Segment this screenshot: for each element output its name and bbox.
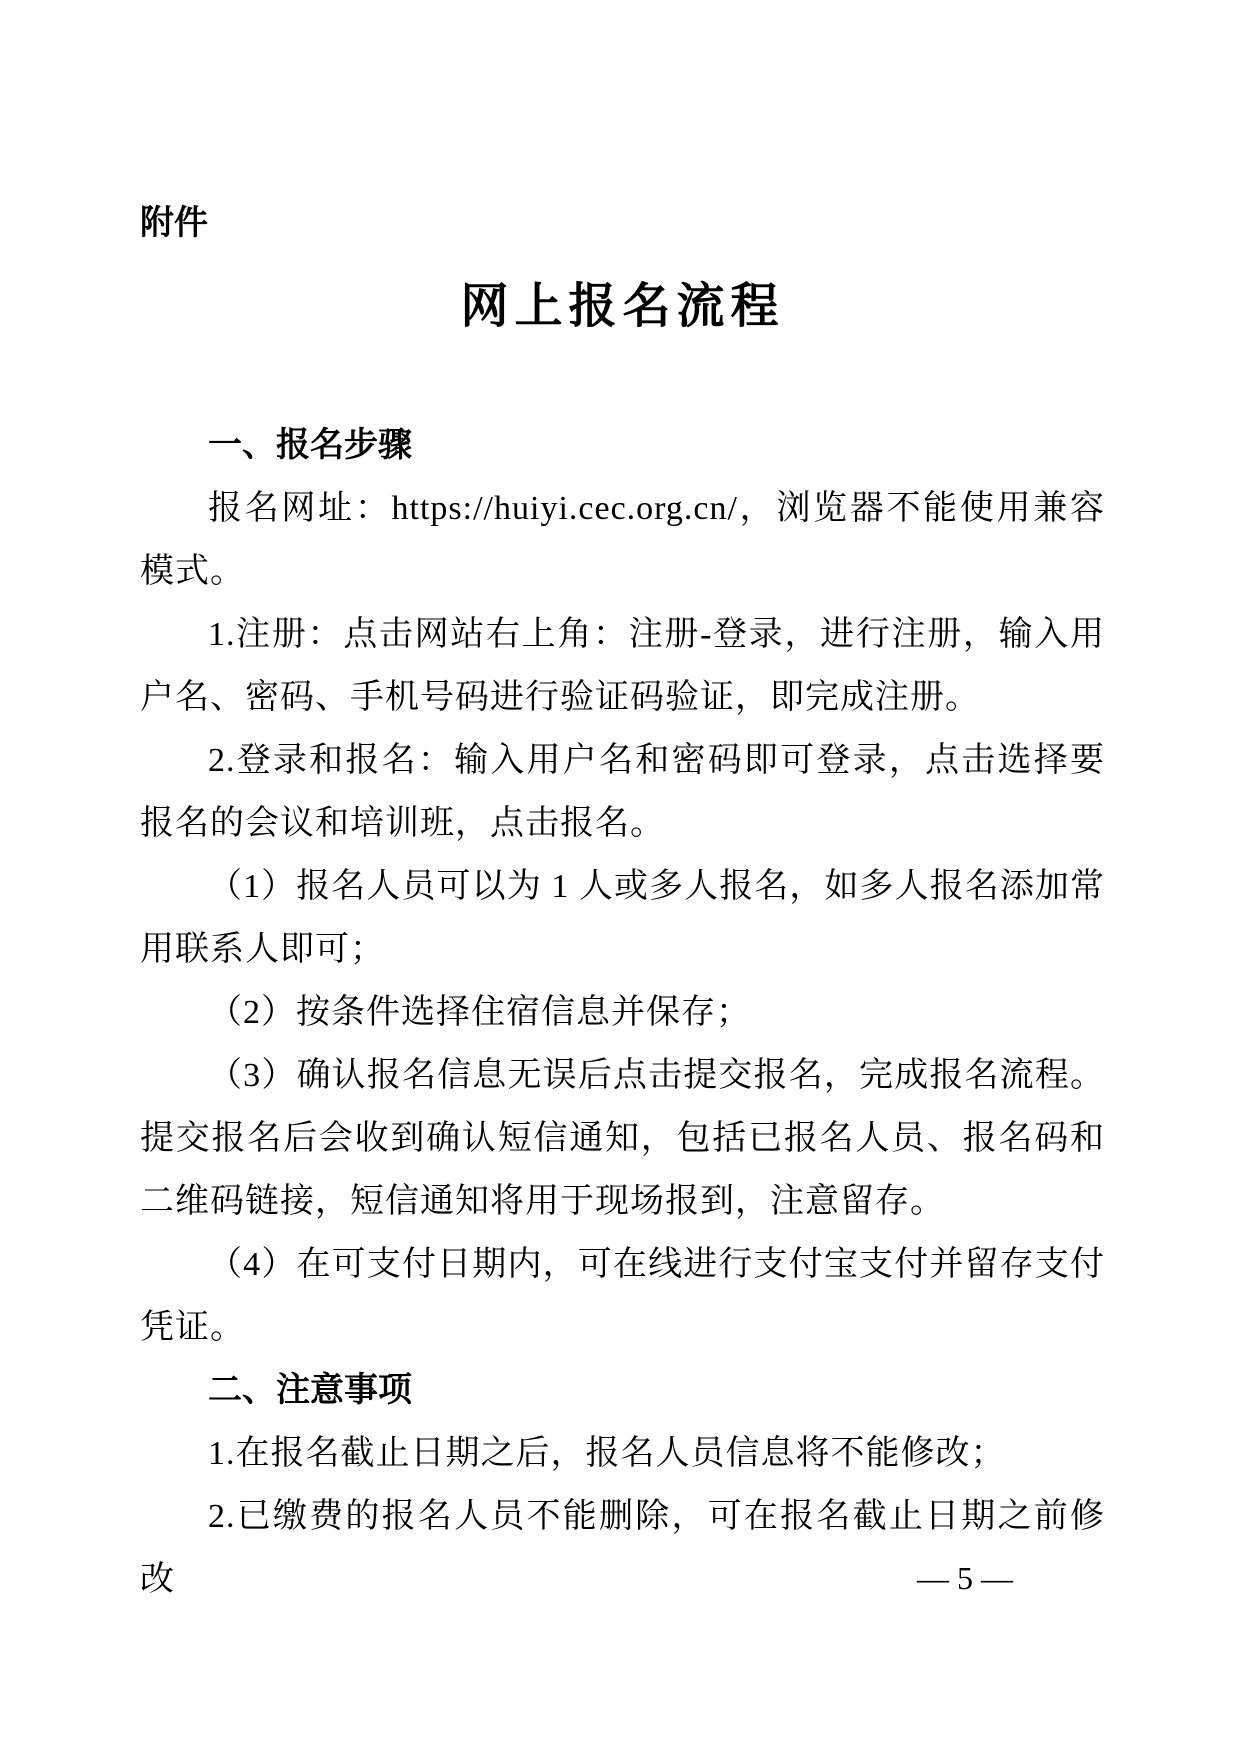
page-content: 附件 网上报名流程 一、报名步骤 报名网址：https://huiyi.cec.… bbox=[140, 0, 1105, 1611]
section-2-heading: 二、注意事项 bbox=[140, 1359, 1105, 1422]
paragraph-substep-1: （1）报名人员可以为 1 人或多人报名，如多人报名添加常用联系人即可； bbox=[140, 855, 1105, 981]
section-registration-steps: 一、报名步骤 报名网址：https://huiyi.cec.org.cn/，浏览… bbox=[140, 414, 1105, 1359]
section-1-heading: 一、报名步骤 bbox=[140, 414, 1105, 477]
paragraph-substep-4: （4）在可支付日期内，可在线进行支付宝支付并留存支付凭证。 bbox=[140, 1233, 1105, 1359]
paragraph-note-1: 1.在报名截止日期之后，报名人员信息将不能修改； bbox=[140, 1422, 1105, 1485]
page-title: 网上报名流程 bbox=[140, 278, 1105, 336]
paragraph-register-step: 1.注册：点击网站右上角：注册-登录，进行注册，输入用户名、密码、手机号码进行验… bbox=[140, 603, 1105, 729]
document-page: 附件 网上报名流程 一、报名步骤 报名网址：https://huiyi.cec.… bbox=[0, 0, 1241, 1754]
paragraph-registration-url: 报名网址：https://huiyi.cec.org.cn/，浏览器不能使用兼容… bbox=[140, 477, 1105, 603]
paragraph-login-step: 2.登录和报名：输入用户名和密码即可登录，点击选择要报名的会议和培训班，点击报名… bbox=[140, 729, 1105, 855]
page-number: — 5 — bbox=[890, 1558, 1040, 1598]
paragraph-substep-3: （3）确认报名信息无误后点击提交报名，完成报名流程。提交报名后会收到确认短信通知… bbox=[140, 1044, 1105, 1233]
attachment-label: 附件 bbox=[140, 200, 1105, 246]
paragraph-substep-2: （2）按条件选择住宿信息并保存； bbox=[140, 981, 1105, 1044]
